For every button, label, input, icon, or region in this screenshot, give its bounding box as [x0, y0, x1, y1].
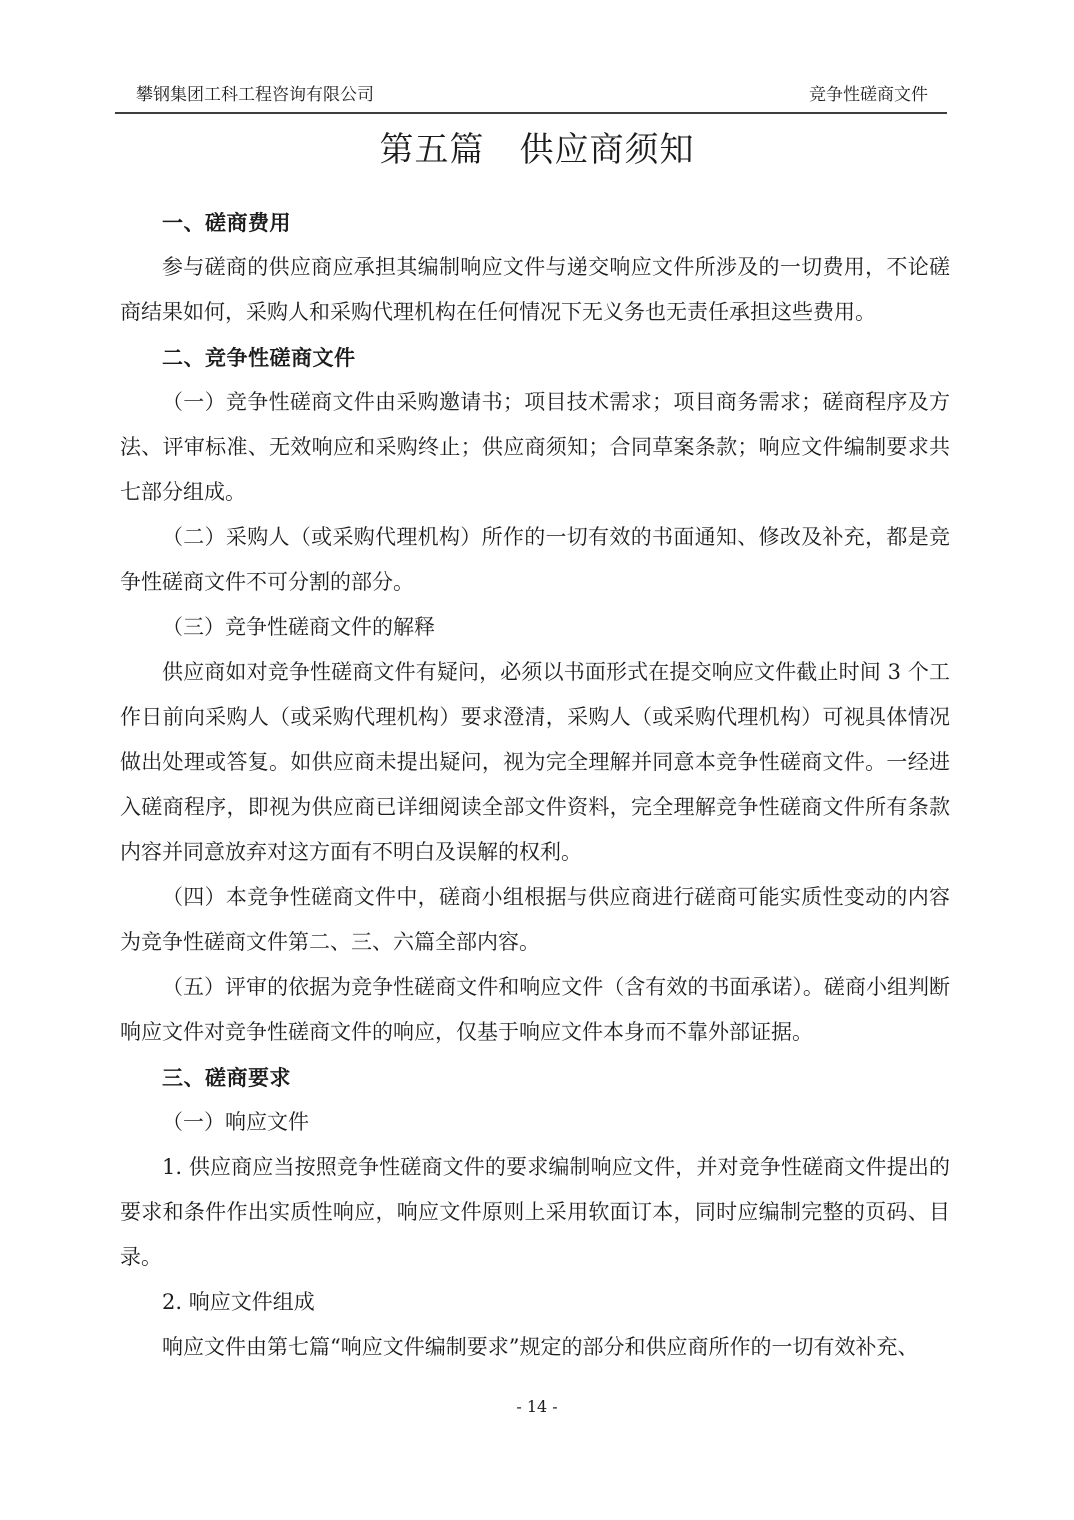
paragraph: （四）本竞争性磋商文件中，磋商小组根据与供应商进行磋商可能实质性变动的内容为竞争…	[120, 875, 950, 965]
paragraph: 2. 响应文件组成	[120, 1280, 950, 1325]
page-header: 攀钢集团工科工程咨询有限公司 竞争性磋商文件	[115, 84, 947, 114]
header-doc-type: 竞争性磋商文件	[809, 84, 928, 106]
section-heading-negotiation-document: 二、竞争性磋商文件	[120, 335, 950, 380]
section-heading-negotiation-fees: 一、磋商费用	[120, 200, 950, 245]
section-heading-negotiation-requirements: 三、磋商要求	[120, 1055, 950, 1100]
page-number: - 14 -	[0, 1396, 1074, 1418]
paragraph: （二）采购人（或采购代理机构）所作的一切有效的书面通知、修改及补充，都是竞争性磋…	[120, 515, 950, 605]
paragraph: （一）响应文件	[120, 1100, 950, 1145]
page-title: 第五篇 供应商须知	[0, 126, 1074, 174]
paragraph: （一）竞争性磋商文件由采购邀请书；项目技术需求；项目商务需求；磋商程序及方法、评…	[120, 380, 950, 515]
paragraph: 供应商如对竞争性磋商文件有疑问，必须以书面形式在提交响应文件截止时间 3 个工作…	[120, 650, 950, 875]
document-body: 一、磋商费用 参与磋商的供应商应承担其编制响应文件与递交响应文件所涉及的一切费用…	[120, 200, 950, 1370]
paragraph: （五）评审的依据为竞争性磋商文件和响应文件（含有效的书面承诺）。磋商小组判断响应…	[120, 965, 950, 1055]
paragraph: 响应文件由第七篇“响应文件编制要求”规定的部分和供应商所作的一切有效补充、	[120, 1325, 950, 1370]
paragraph: 1. 供应商应当按照竞争性磋商文件的要求编制响应文件，并对竞争性磋商文件提出的要…	[120, 1145, 950, 1280]
header-company-name: 攀钢集团工科工程咨询有限公司	[136, 84, 374, 106]
document-page: 攀钢集团工科工程咨询有限公司 竞争性磋商文件 第五篇 供应商须知 一、磋商费用 …	[0, 0, 1074, 1520]
paragraph: 参与磋商的供应商应承担其编制响应文件与递交响应文件所涉及的一切费用，不论磋商结果…	[120, 245, 950, 335]
paragraph: （三）竞争性磋商文件的解释	[120, 605, 950, 650]
